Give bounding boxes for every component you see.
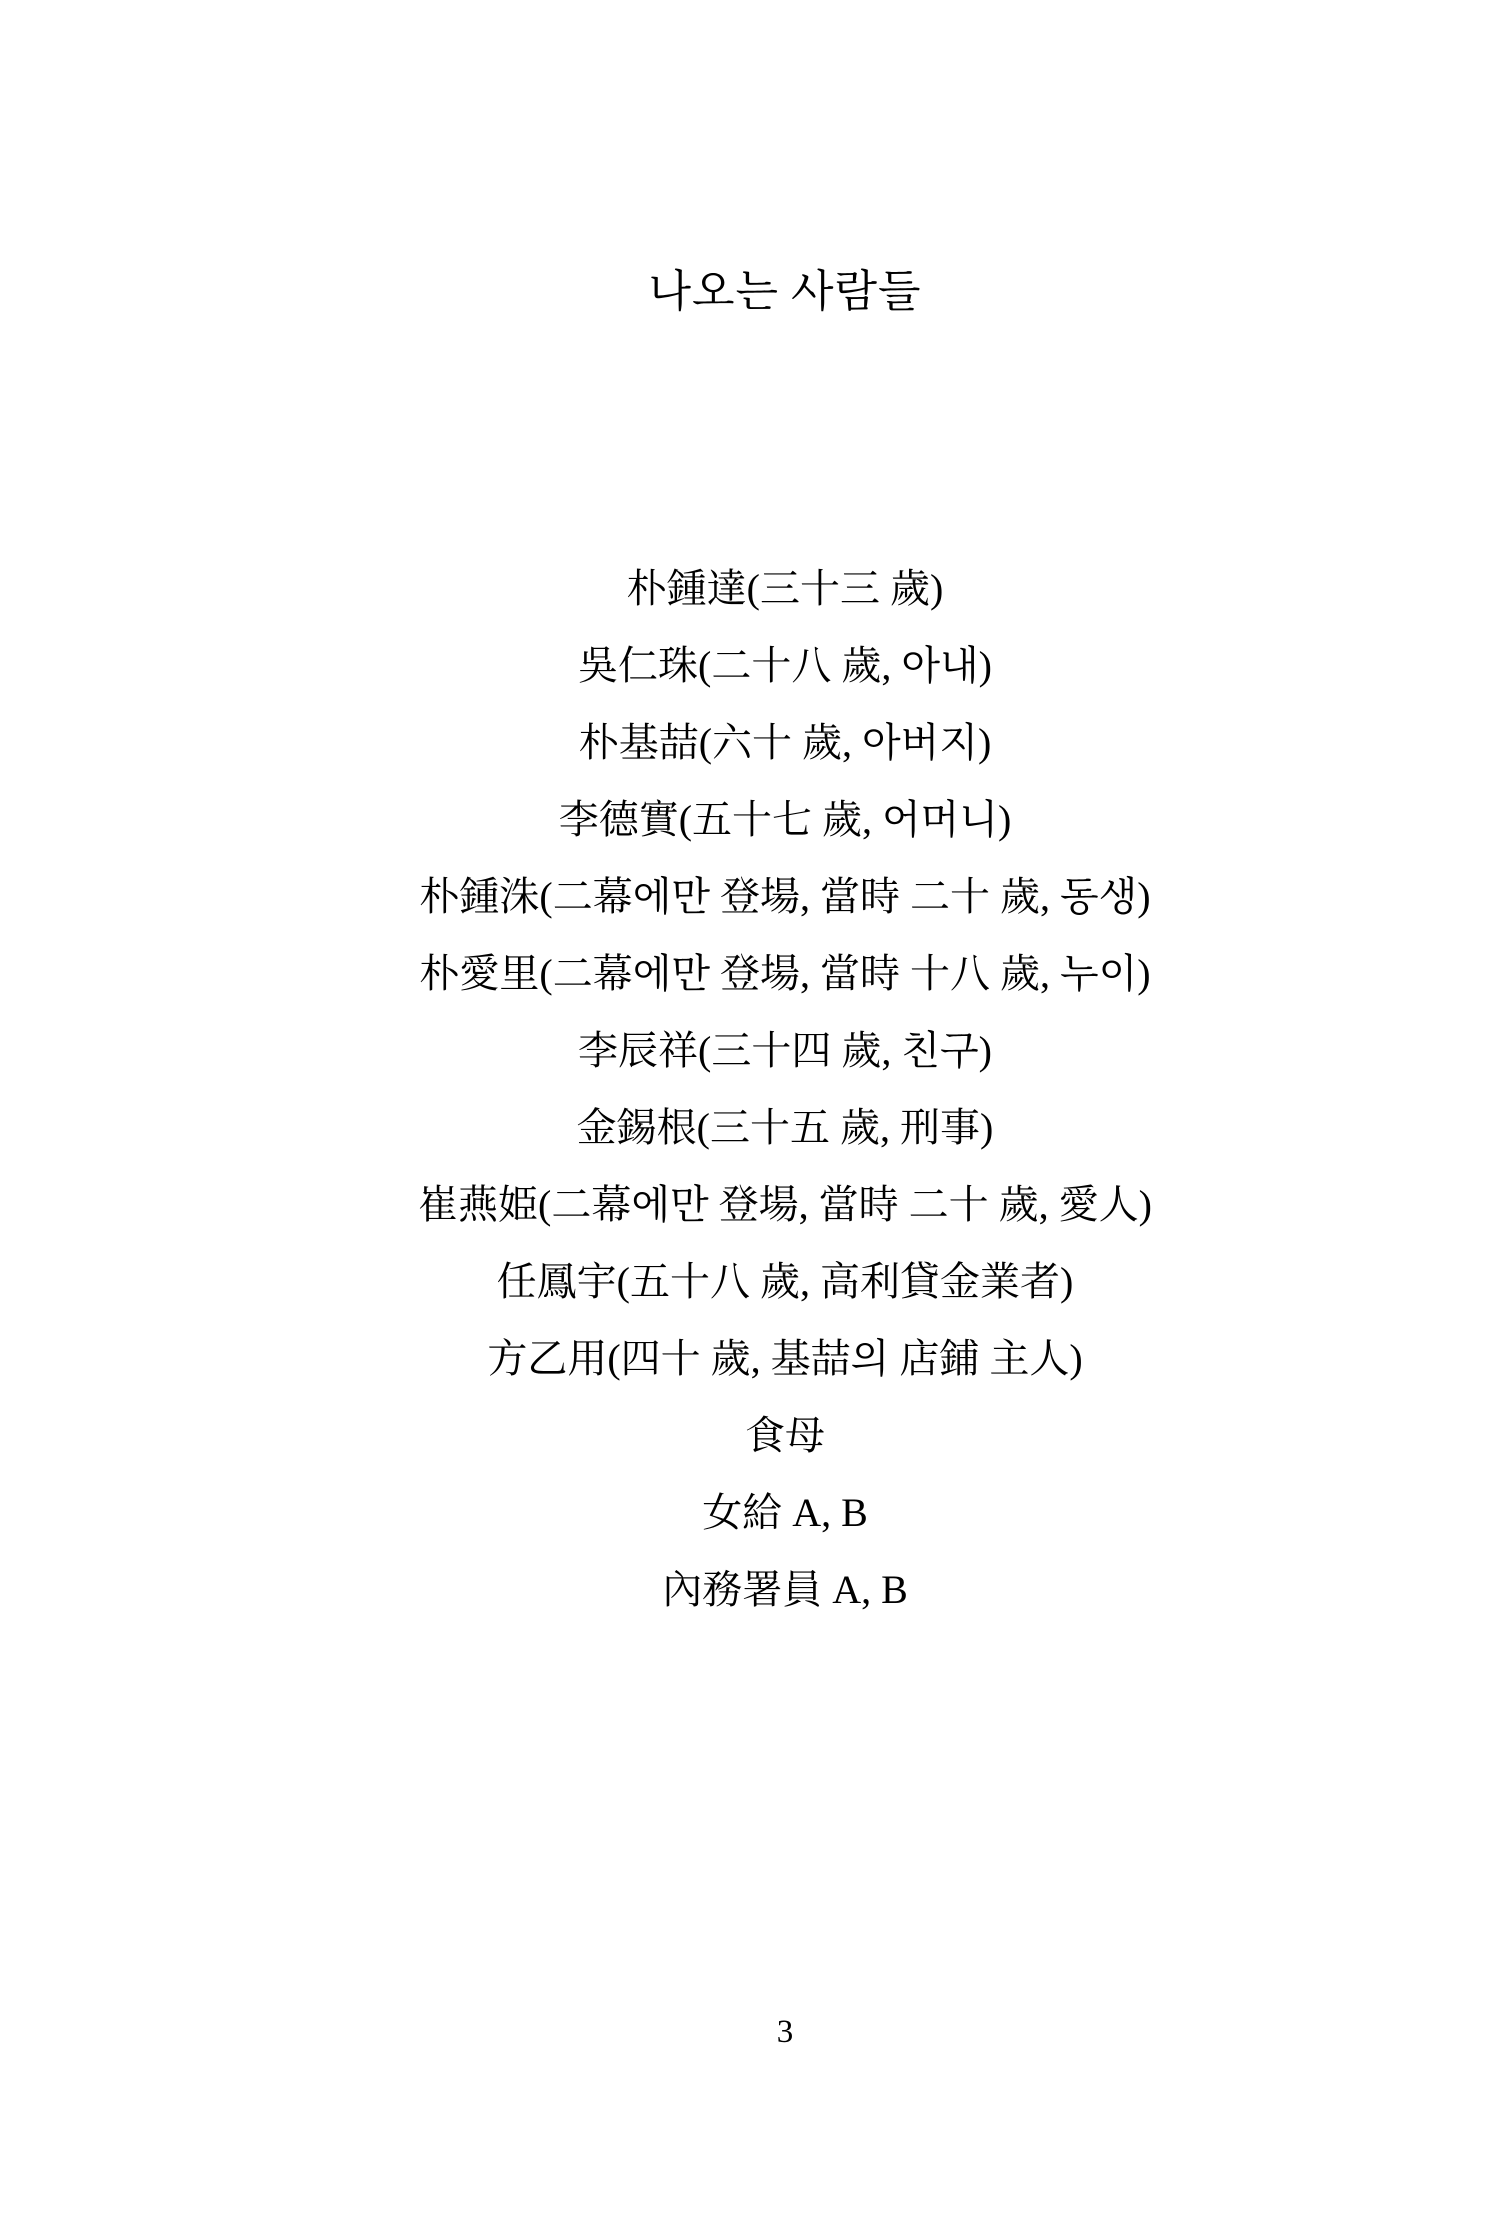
cast-member: 金錫根(三十五 歲, 刑事)	[29, 1089, 1512, 1166]
cast-member: 朴鍾洙(二幕에만 登場, 當時 二十 歲, 동생)	[29, 858, 1512, 935]
cast-member: 方乙用(四十 歲, 基喆의 店鋪 主人)	[29, 1320, 1512, 1397]
cast-member: 女給 A, B	[29, 1474, 1512, 1551]
page-title: 나오는 사람들	[29, 270, 1512, 314]
cast-member: 內務署員 A, B	[29, 1551, 1512, 1628]
cast-member: 李德實(五十七 歲, 어머니)	[29, 781, 1512, 858]
cast-member: 崔燕姫(二幕에만 登場, 當時 二十 歲, 愛人)	[29, 1166, 1512, 1243]
cast-member: 吳仁珠(二十八 歲, 아내)	[29, 627, 1512, 704]
cast-member: 李辰祥(三十四 歲, 친구)	[29, 1012, 1512, 1089]
document-page: 나오는 사람들 朴鍾達(三十三 歲) 吳仁珠(二十八 歲, 아내) 朴基喆(六十…	[0, 0, 1512, 2220]
cast-member: 朴鍾達(三十三 歲)	[29, 550, 1512, 627]
cast-member: 朴基喆(六十 歲, 아버지)	[29, 704, 1512, 781]
cast-list: 朴鍾達(三十三 歲) 吳仁珠(二十八 歲, 아내) 朴基喆(六十 歲, 아버지)…	[29, 550, 1512, 1628]
page-number: 3	[29, 2012, 1512, 2052]
cast-member: 食母	[29, 1397, 1512, 1474]
cast-member: 朴愛里(二幕에만 登場, 當時 十八 歲, 누이)	[29, 935, 1512, 1012]
cast-member: 任鳳宇(五十八 歲, 高利貸金業者)	[29, 1243, 1512, 1320]
